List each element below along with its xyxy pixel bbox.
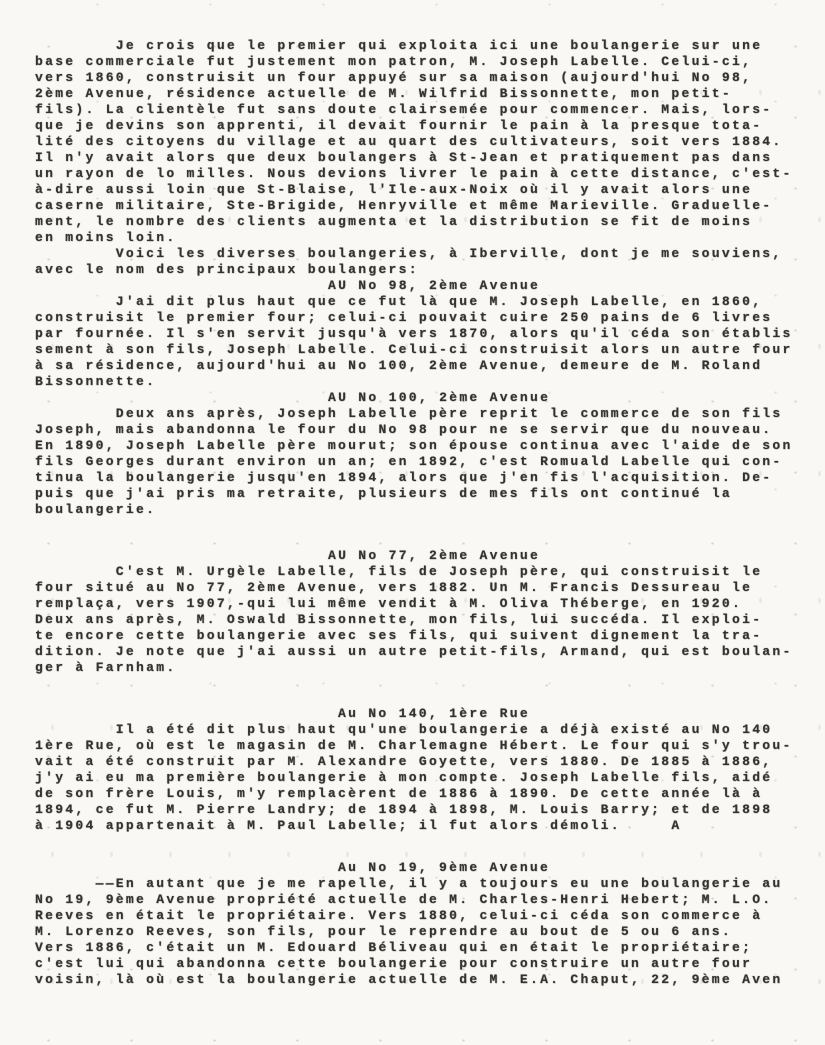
text-line: en moins loin. [35, 230, 825, 246]
text-line: avec le nom des principaux boulangers: [35, 262, 825, 278]
section-no-140: Au No 140, 1ère Rue Il a été dit plus ha… [35, 706, 825, 834]
text-line: à sa résidence, aujourd'hui au No 100, 2… [35, 358, 825, 374]
text-line: te encore cette boulangerie avec ses fil… [35, 628, 825, 644]
text-line: un rayon de lo milles. Nous devions livr… [35, 166, 825, 182]
text-line: par fournée. Il s'en servit jusqu'à vers… [35, 326, 825, 342]
section-body-no-19: ——En autant que je me rapelle, il y a to… [35, 876, 825, 988]
section-heading-no-140: Au No 140, 1ère Rue [35, 706, 825, 722]
text-line: base commerciale fut justement mon patro… [35, 54, 825, 70]
text-line: Il a été dit plus haut qu'une boulangeri… [35, 722, 825, 738]
section-no-77: AU No 77, 2ème Avenue C'est M. Urgèle La… [35, 548, 825, 676]
text-line: boulangerie. [35, 502, 825, 518]
text-line: four situé au No 77, 2ème Avenue, vers 1… [35, 580, 825, 596]
text-line: M. Lorenzo Reeves, son fils, pour le rep… [35, 924, 825, 940]
text-line: En 1890, Joseph Labelle père mourut; son… [35, 438, 825, 454]
text-line: 1894, ce fut M. Pierre Landry; de 1894 à… [35, 802, 825, 818]
typewritten-page: Je crois que le premier qui exploita ici… [0, 0, 825, 1045]
text-line: dition. Je note que j'ai aussi un autre … [35, 644, 825, 660]
text-line: No 19, 9ème Avenue propriété actuelle de… [35, 892, 825, 908]
text-line: j'y ai eu ma première boulangerie à mon … [35, 770, 825, 786]
text-line: Deux ans après, M. Oswald Bissonnette, m… [35, 612, 825, 628]
text-line: remplaça, vers 1907,-qui lui même vendit… [35, 596, 825, 612]
text-line: voisin, là où est la boulangerie actuell… [35, 972, 825, 988]
text-line: Bissonnette. [35, 374, 825, 390]
text-line: fils Georges durant environ un an; en 18… [35, 454, 825, 470]
text-line: Je crois que le premier qui exploita ici… [35, 38, 825, 54]
text-line: construisit le premier four; celui-ci po… [35, 310, 825, 326]
text-line: ment, le nombre des clients augmenta et … [35, 214, 825, 230]
text-line: tinua la boulangerie jusqu'en 1894, alor… [35, 470, 825, 486]
section-heading-no-100: AU No 100, 2ème Avenue [35, 390, 825, 406]
text-line: lité des citoyens du village et au quart… [35, 134, 825, 150]
text-line: caserne militaire, Ste-Brigide, Henryvil… [35, 198, 825, 214]
text-line: de son frère Louis, m'y remplacèrent de … [35, 786, 825, 802]
text-line: C'est M. Urgèle Labelle, fils de Joseph … [35, 564, 825, 580]
text-line: Vers 1886, c'était un M. Edouard Bélivea… [35, 940, 825, 956]
text-line: ——En autant que je me rapelle, il y a to… [35, 876, 825, 892]
section-body-no-77: C'est M. Urgèle Labelle, fils de Joseph … [35, 564, 825, 676]
text-line: 1ère Rue, où est le magasin de M. Charle… [35, 738, 825, 754]
section-no-19: Au No 19, 9ème Avenue ——En autant que je… [35, 860, 825, 988]
text-line: c'est lui qui abandonna cette boulangeri… [35, 956, 825, 972]
text-line: sement à son fils, Joseph Labelle. Celui… [35, 342, 825, 358]
section-heading-no-98: AU No 98, 2ème Avenue [35, 278, 825, 294]
text-line: Joseph, mais abandonna le four du No 98 … [35, 422, 825, 438]
text-line: vers 1860, construisit un four appuyé su… [35, 70, 825, 86]
text-line: J'ai dit plus haut que ce fut là que M. … [35, 294, 825, 310]
text-line: Deux ans après, Joseph Labelle père repr… [35, 406, 825, 422]
section-heading-no-19: Au No 19, 9ème Avenue [35, 860, 825, 876]
text-line: Il n'y avait alors que deux boulangers à… [35, 150, 825, 166]
section-body-no-140: Il a été dit plus haut qu'une boulangeri… [35, 722, 825, 834]
section-body-no-98: J'ai dit plus haut que ce fut là que M. … [35, 294, 825, 390]
text-line: à-dire aussi loin que St-Blaise, l'Ile-a… [35, 182, 825, 198]
section-heading-no-77: AU No 77, 2ème Avenue [35, 548, 825, 564]
section-no-100: AU No 100, 2ème Avenue Deux ans après, J… [35, 390, 825, 518]
intro-paragraph-2: Voici les diverses boulangeries, à Iberv… [35, 246, 825, 278]
text-line: 2ème Avenue, résidence actuelle de M. Wi… [35, 86, 825, 102]
text-line: ger à Farnham. [35, 660, 825, 676]
text-line: fils). La clientèle fut sans doute clair… [35, 102, 825, 118]
text-line: vait a été construit par M. Alexandre Go… [35, 754, 825, 770]
text-line: que je devins son apprenti, il devait fo… [35, 118, 825, 134]
section-body-no-100: Deux ans après, Joseph Labelle père repr… [35, 406, 825, 518]
intro-paragraph-1: Je crois que le premier qui exploita ici… [35, 38, 825, 246]
text-line: à 1904 appartenait à M. Paul Labelle; il… [35, 818, 825, 834]
text-line: Reeves en était le propriétaire. Vers 18… [35, 908, 825, 924]
text-line: Voici les diverses boulangeries, à Iberv… [35, 246, 825, 262]
text-line: puis que j'ai pris ma retraite, plusieur… [35, 486, 825, 502]
section-no-98: AU No 98, 2ème Avenue J'ai dit plus haut… [35, 278, 825, 390]
